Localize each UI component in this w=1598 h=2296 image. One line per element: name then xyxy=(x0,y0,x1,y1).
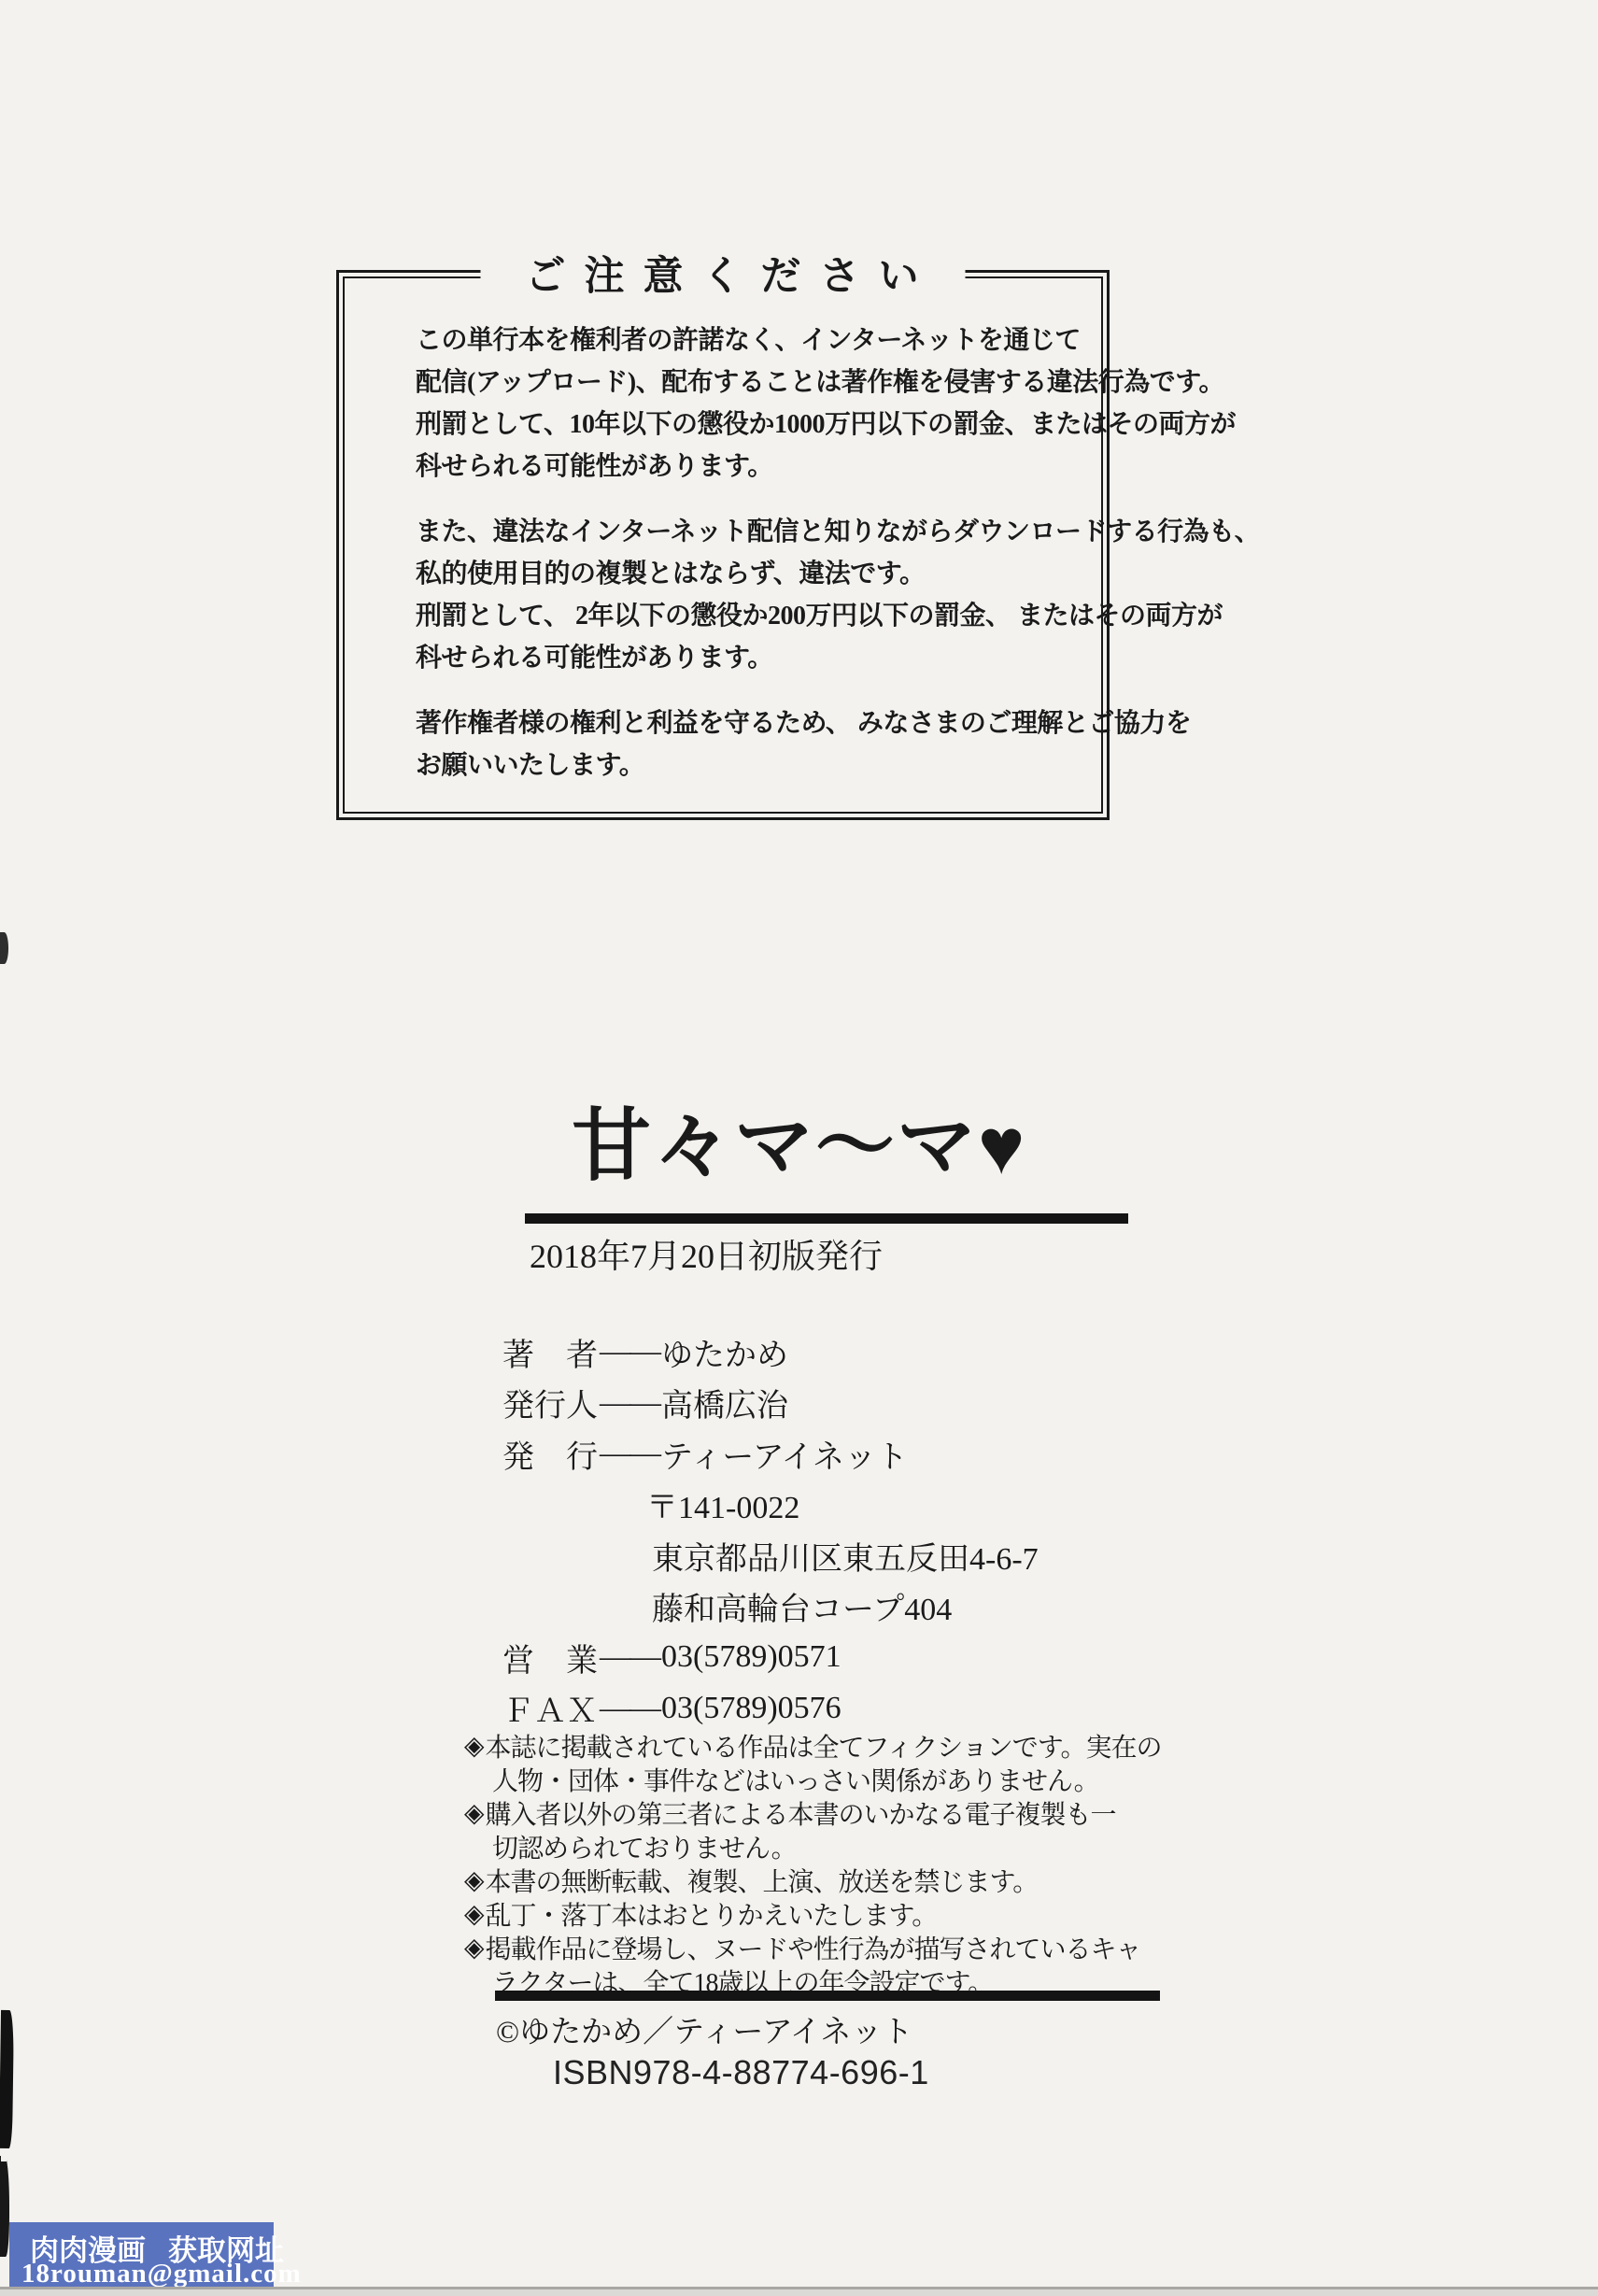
dash-rule: —— xyxy=(598,1691,661,1726)
notice-box-body: この単行本を権利者の許諾なく、インターネットを通じて 配信(アップロード)、配布… xyxy=(339,273,1107,787)
dash-rule: —— xyxy=(598,1334,661,1369)
contact-value: 03(5789)0576 xyxy=(661,1691,841,1726)
note-fiction-1: ◈本誌に掲載されている作品は全てフィクションです。実在の xyxy=(464,1729,1162,1763)
diamond-bullet-icon: ◈ xyxy=(464,1898,486,1930)
copyright-divider-rule xyxy=(495,1991,1160,2001)
diamond-bullet-icon: ◈ xyxy=(464,1730,486,1762)
copyright-notice-box: ご注意ください この単行本を権利者の許諾なく、インターネットを通じて 配信(アッ… xyxy=(336,270,1110,820)
credit-row-publisher: 発 行——ティーアイネット xyxy=(502,1428,1039,1480)
diamond-bullet-icon: ◈ xyxy=(464,1932,486,1963)
credit-row-author: 著 者——ゆたかめ xyxy=(502,1326,1039,1378)
note-fiction-2: 人物・団体・事件などはいっさい関係がありません。 xyxy=(464,1763,1162,1796)
notice-paragraph-upload: この単行本を権利者の許諾なく、インターネットを通じて 配信(アップロード)、配布… xyxy=(416,319,1055,488)
watermark-email: 18rouman@gmail.com xyxy=(21,2259,302,2289)
credit-label: 発行人 xyxy=(502,1380,598,1425)
notice-line: 私的使用目的の複製とはならず、違法です。 xyxy=(416,553,1055,595)
note-copy-1: ◈購入者以外の第三者による本書のいかなる電子複製も一 xyxy=(464,1796,1162,1830)
book-title: 甘々マ〜マ♥ xyxy=(572,1108,1025,1187)
credit-label: 発 行 xyxy=(502,1431,598,1477)
isbn-number: ISBN978-4-88774-696-1 xyxy=(553,2053,929,2092)
notice-line: 科せられる可能性があります。 xyxy=(416,446,1055,488)
contact-row-fax: ＦＡＸ——03(5789)0576 xyxy=(502,1683,1039,1735)
scan-bottom-shadow xyxy=(0,2289,1598,2296)
credit-value: 高橋広治 xyxy=(661,1380,788,1425)
publication-credits: 著 者——ゆたかめ 発行人——高橋広治 発 行——ティーアイネット 〒141-0… xyxy=(502,1326,1039,1734)
note-reprint: ◈本書の無断転載、複製、上演、放送を禁じます。 xyxy=(464,1864,1162,1897)
notice-paragraph-download: また、違法なインターネット配信と知りながらダウンロードする行為も、 私的使用目的… xyxy=(416,511,1055,679)
notice-line: また、違法なインターネット配信と知りながらダウンロードする行為も、 xyxy=(416,511,1055,553)
note-text: 人物・団体・事件などはいっさい関係がありません。 xyxy=(492,1761,1099,1798)
notice-line: お願いいたします。 xyxy=(416,744,1055,787)
scanned-colophon-page: ご注意ください この単行本を権利者の許諾なく、インターネットを通じて 配信(アッ… xyxy=(0,0,1598,2296)
notice-line: 刑罰として、10年以下の懲役か1000万円以下の罰金、またはその両方が xyxy=(416,404,1055,446)
contact-label: ＦＡＸ xyxy=(502,1685,598,1731)
note-defective-copies: ◈乱丁・落丁本はおとりかえいたします。 xyxy=(464,1897,1162,1931)
note-text: 掲載作品に登場し、ヌードや性行為が描写されているキャ xyxy=(486,1929,1141,1966)
address-line-1: 東京都品川区東五反田4-6-7 xyxy=(502,1530,1039,1581)
edition-date: 2018年7月20日初版発行 xyxy=(530,1230,883,1278)
scan-edge-strip xyxy=(0,2010,14,2148)
contact-value: 03(5789)0571 xyxy=(661,1639,841,1675)
note-age-1: ◈掲載作品に登場し、ヌードや性行為が描写されているキャ xyxy=(464,1931,1162,1964)
scan-edge-strip xyxy=(0,2156,9,2257)
contact-row-sales: 営 業——03(5789)0571 xyxy=(502,1632,1039,1683)
note-text: 切認められておりません。 xyxy=(492,1828,797,1865)
address-text: 藤和高輪台コープ404 xyxy=(652,1583,952,1629)
postal-code-text: 〒141-0022 xyxy=(646,1481,799,1527)
postal-code: 〒141-0022 xyxy=(502,1480,1039,1531)
credit-value: ゆたかめ xyxy=(661,1329,788,1375)
notice-line: 配信(アップロード)、配布することは著作権を侵害する違法行為です。 xyxy=(416,361,1055,404)
dash-rule: —— xyxy=(598,1436,661,1471)
book-title-text: 甘々マ〜マ xyxy=(572,1103,978,1191)
dash-rule: —— xyxy=(598,1639,661,1675)
diamond-bullet-icon: ◈ xyxy=(464,1864,486,1896)
note-text: 乱丁・落丁本はおとりかえいたします。 xyxy=(486,1895,938,1933)
title-underline-rule xyxy=(525,1213,1128,1224)
note-copy-2: 切認められておりません。 xyxy=(464,1830,1162,1864)
credit-value: ティーアイネット xyxy=(661,1431,908,1477)
note-text: 本書の無断転載、複製、上演、放送を禁じます。 xyxy=(486,1862,1039,1899)
note-text: 購入者以外の第三者による本書のいかなる電子複製も一 xyxy=(486,1794,1116,1832)
notice-line: この単行本を権利者の許諾なく、インターネットを通じて xyxy=(416,319,1055,361)
address-line-2: 藤和高輪台コープ404 xyxy=(502,1581,1039,1633)
notice-paragraph-request: 著作権者様の権利と利益を守るため、 みなさまのご理解とご協力を お願いいたします… xyxy=(416,702,1055,787)
notice-box-title: ご注意ください xyxy=(481,245,966,302)
credit-label: 著 者 xyxy=(502,1329,598,1375)
dash-rule: —— xyxy=(598,1385,661,1421)
copyright-line: ©ゆたかめ／ティーアイネット xyxy=(496,2007,912,2051)
notice-line: 科せられる可能性があります。 xyxy=(416,637,1055,679)
watermark-badge: 肉肉漫画 获取网址 18rouman@gmail.com xyxy=(9,2222,274,2291)
address-text: 東京都品川区東五反田4-6-7 xyxy=(652,1533,1039,1579)
heart-icon: ♥ xyxy=(978,1103,1025,1191)
scan-edge-mark xyxy=(0,932,8,964)
credit-row-publisher-person: 発行人——高橋広治 xyxy=(502,1378,1039,1429)
diamond-bullet-icon: ◈ xyxy=(464,1797,486,1829)
contact-label: 営 業 xyxy=(502,1635,598,1680)
note-text: 本誌に掲載されている作品は全てフィクションです。実在の xyxy=(486,1727,1162,1765)
notice-line: 刑罰として、 2年以下の懲役か200万円以下の罰金、 またはその両方が xyxy=(416,595,1055,637)
scan-edge-gap xyxy=(1,2148,7,2161)
disclaimer-notes: ◈本誌に掲載されている作品は全てフィクションです。実在の 人物・団体・事件などは… xyxy=(464,1729,1162,1998)
notice-line: 著作権者様の権利と利益を守るため、 みなさまのご理解とご協力を xyxy=(416,702,1055,744)
